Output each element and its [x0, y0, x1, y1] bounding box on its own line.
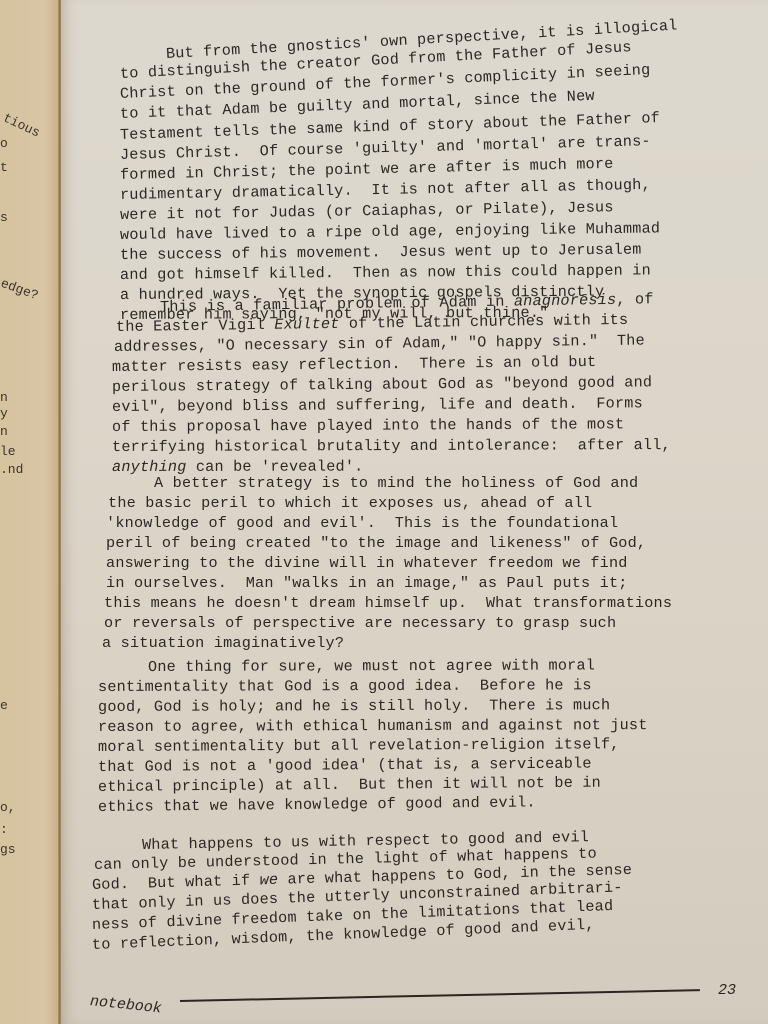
left-page-fragment: n	[0, 424, 8, 439]
text-line: a situation imaginatively?	[102, 634, 344, 652]
text-line: One thing for sure, we must not agree wi…	[148, 656, 595, 676]
text-line: sentimentality that God is a good idea. …	[98, 676, 592, 696]
text-line: good, God is holy; and he is still holy.…	[98, 696, 610, 716]
text-line: A better strategy is to mind the holines…	[154, 474, 638, 492]
left-page-fragment: n	[0, 390, 8, 405]
text-line: or reversals of perspective are necessar…	[104, 614, 616, 632]
left-page-fragment: s	[0, 210, 8, 225]
text-line: answering to the divine will in whatever…	[106, 554, 628, 572]
text-line: 'knowledge of good and evil'. This is th…	[106, 514, 618, 532]
left-page-fragment: :	[0, 822, 8, 837]
text-line: that God is not a 'good idea' (that is, …	[98, 755, 592, 776]
left-page-edge: tiousotsedge?nynle.ndeo,:gs	[0, 0, 64, 1024]
left-page-fragment: edge?	[0, 276, 40, 303]
page-number: 23	[718, 982, 736, 999]
left-page-fragment: gs	[0, 842, 16, 857]
left-page-fragment: o,	[0, 800, 16, 815]
text-line: evil", beyond bliss and suffering, life …	[112, 394, 643, 416]
text-line: in ourselves. Man "walks in an image," a…	[106, 574, 628, 592]
text-line: the basic peril to which it exposes us, …	[108, 494, 592, 512]
text-line: of this proposal have played into the ha…	[112, 415, 624, 436]
left-page-fragment: o	[0, 136, 8, 151]
left-page-fragment: le	[0, 444, 16, 459]
left-page-fragment: y	[0, 406, 8, 421]
text-line: this means he doesn't dream himself up. …	[104, 594, 672, 612]
text-line: terrifying historical brutality and into…	[112, 436, 671, 456]
text-line: reason to agree, with ethical humanism a…	[98, 716, 648, 736]
text-line: moral sentimentality but all revelation-…	[98, 735, 620, 756]
left-page-fragment: t	[0, 160, 8, 175]
text-line: peril of being created "to the image and…	[106, 534, 646, 552]
left-page-fragment: e	[0, 698, 8, 713]
left-page-fragment: .nd	[0, 462, 23, 477]
